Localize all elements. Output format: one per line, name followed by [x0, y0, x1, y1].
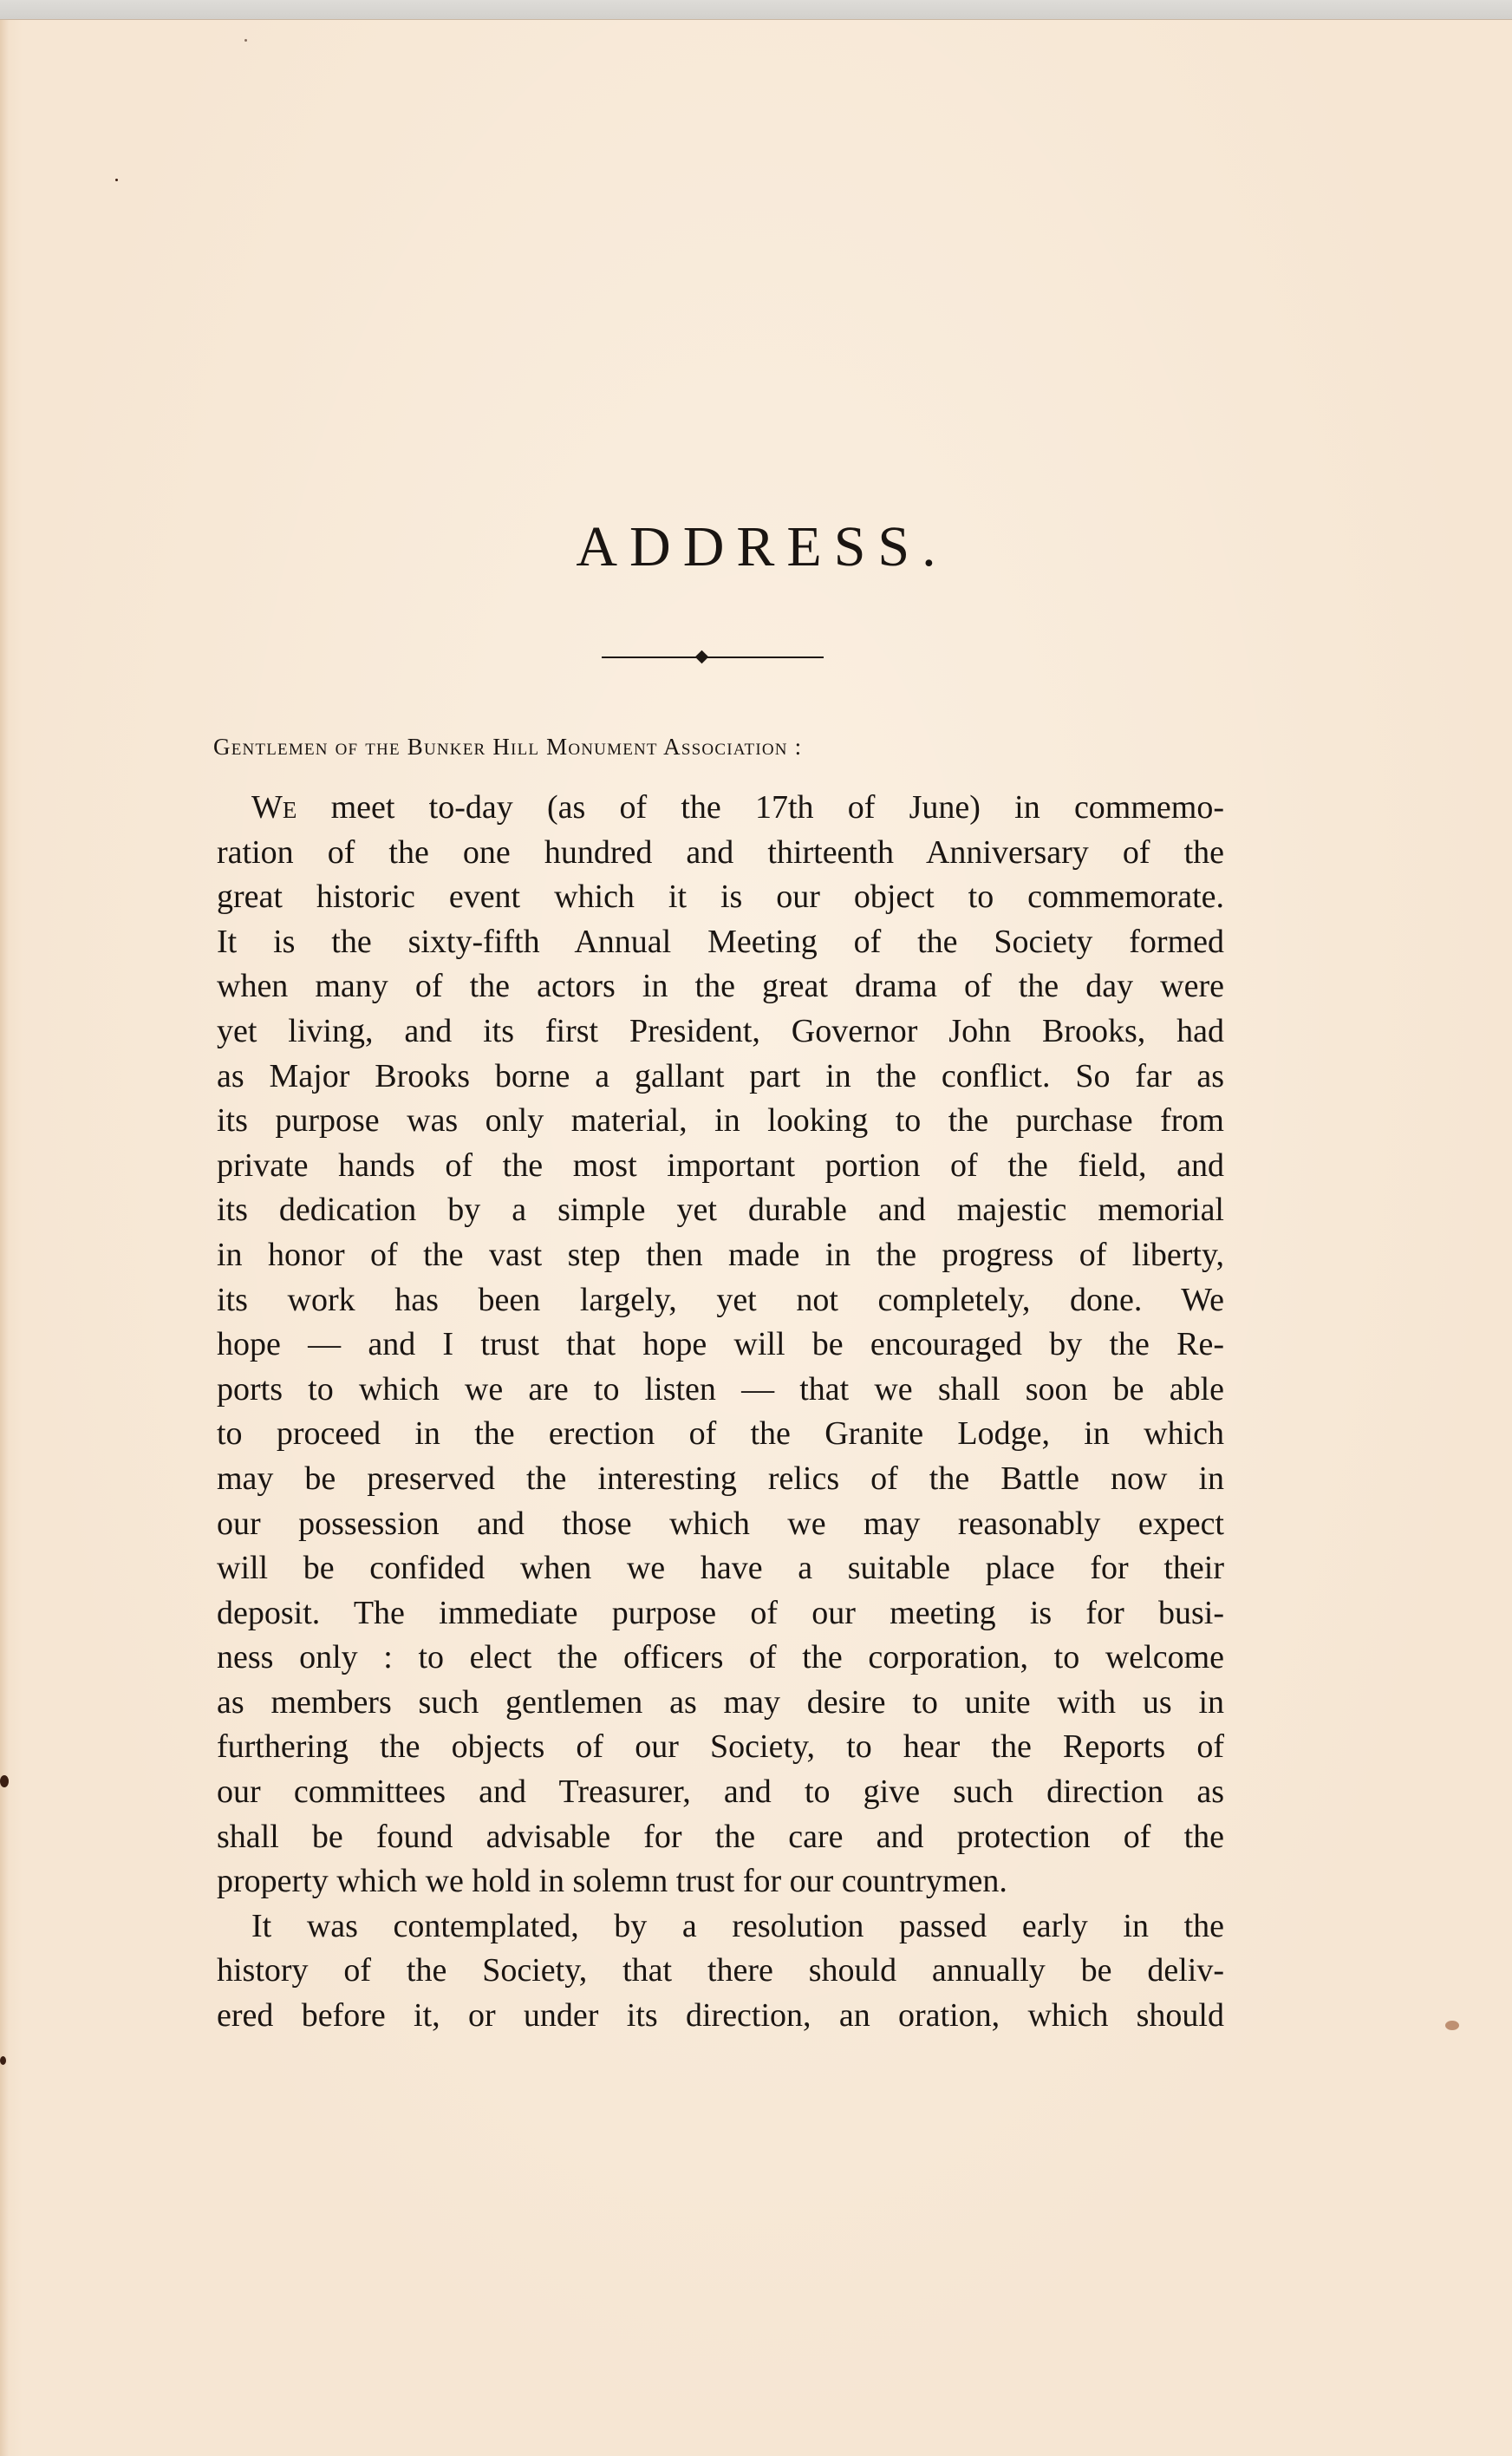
text-line: ration of the one hundred and thirteenth… — [217, 831, 1224, 876]
text-line: ness only : to elect the officers of the… — [217, 1636, 1224, 1681]
text-line: deposit. The immediate purpose of our me… — [217, 1591, 1224, 1636]
text-line: our committees and Treasurer, and to giv… — [217, 1770, 1224, 1815]
text-line: may be preserved the interesting relics … — [217, 1457, 1224, 1502]
text-line: its purpose was only material, in lookin… — [217, 1099, 1224, 1144]
ornament-divider — [602, 649, 824, 666]
text-line: when many of the actors in the great dra… — [217, 964, 1224, 1009]
ink-speck — [115, 179, 118, 181]
text-line: as members such gentlemen as may desire … — [217, 1681, 1224, 1726]
diamond-ornament-icon — [695, 650, 709, 664]
paper-stain — [1445, 2021, 1459, 2030]
salutation-colon: : — [788, 734, 803, 760]
text-line: It is the sixty-fifth Annual Meeting of … — [217, 920, 1224, 965]
text-line: furthering the objects of our Society, t… — [217, 1725, 1224, 1770]
text-line: to proceed in the erection of the Granit… — [217, 1412, 1224, 1457]
ink-speck — [244, 39, 247, 42]
text-line: history of the Society, that there shoul… — [217, 1949, 1224, 1994]
salutation: Gentlemen of the Bunker Hill Monument As… — [213, 735, 802, 759]
text-line: ports to which we are to listen — that w… — [217, 1368, 1224, 1413]
lead-word: We — [251, 789, 297, 826]
text-line: its dedication by a simple yet durable a… — [217, 1188, 1224, 1233]
text-line: will be confided when we have a suitable… — [217, 1546, 1224, 1591]
text-line: as Major Brooks borne a gallant part in … — [217, 1055, 1224, 1100]
text-line: property which we hold in solemn trust f… — [217, 1859, 1224, 1904]
text-line: It was contemplated, by a resolution pas… — [217, 1904, 1224, 1950]
divider-rule — [602, 656, 824, 658]
text-line: We meet to-day (as of the 17th of June) … — [217, 786, 1224, 831]
scan-background-strip — [0, 0, 1512, 19]
text-line: in honor of the vast step then made in t… — [217, 1233, 1224, 1278]
text-line: great historic event which it is our obj… — [217, 875, 1224, 920]
text-line: private hands of the most important port… — [217, 1144, 1224, 1189]
text-line: shall be found advisable for the care an… — [217, 1815, 1224, 1860]
ink-speck — [0, 1775, 9, 1787]
text-line: ered before it, or under its direction, … — [217, 1994, 1224, 2039]
text-line: our possession and those which we may re… — [217, 1502, 1224, 1547]
page-title: ADDRESS. — [0, 519, 1512, 576]
text-line: its work has been largely, yet not compl… — [217, 1278, 1224, 1323]
body-text: We meet to-day (as of the 17th of June) … — [217, 786, 1224, 2039]
text-line: hope — and I trust that hope will be enc… — [217, 1323, 1224, 1368]
ink-speck — [0, 2056, 6, 2065]
text-line: yet living, and its first President, Gov… — [217, 1009, 1224, 1055]
salutation-text: Gentlemen of the Bunker Hill Monument As… — [213, 734, 788, 760]
